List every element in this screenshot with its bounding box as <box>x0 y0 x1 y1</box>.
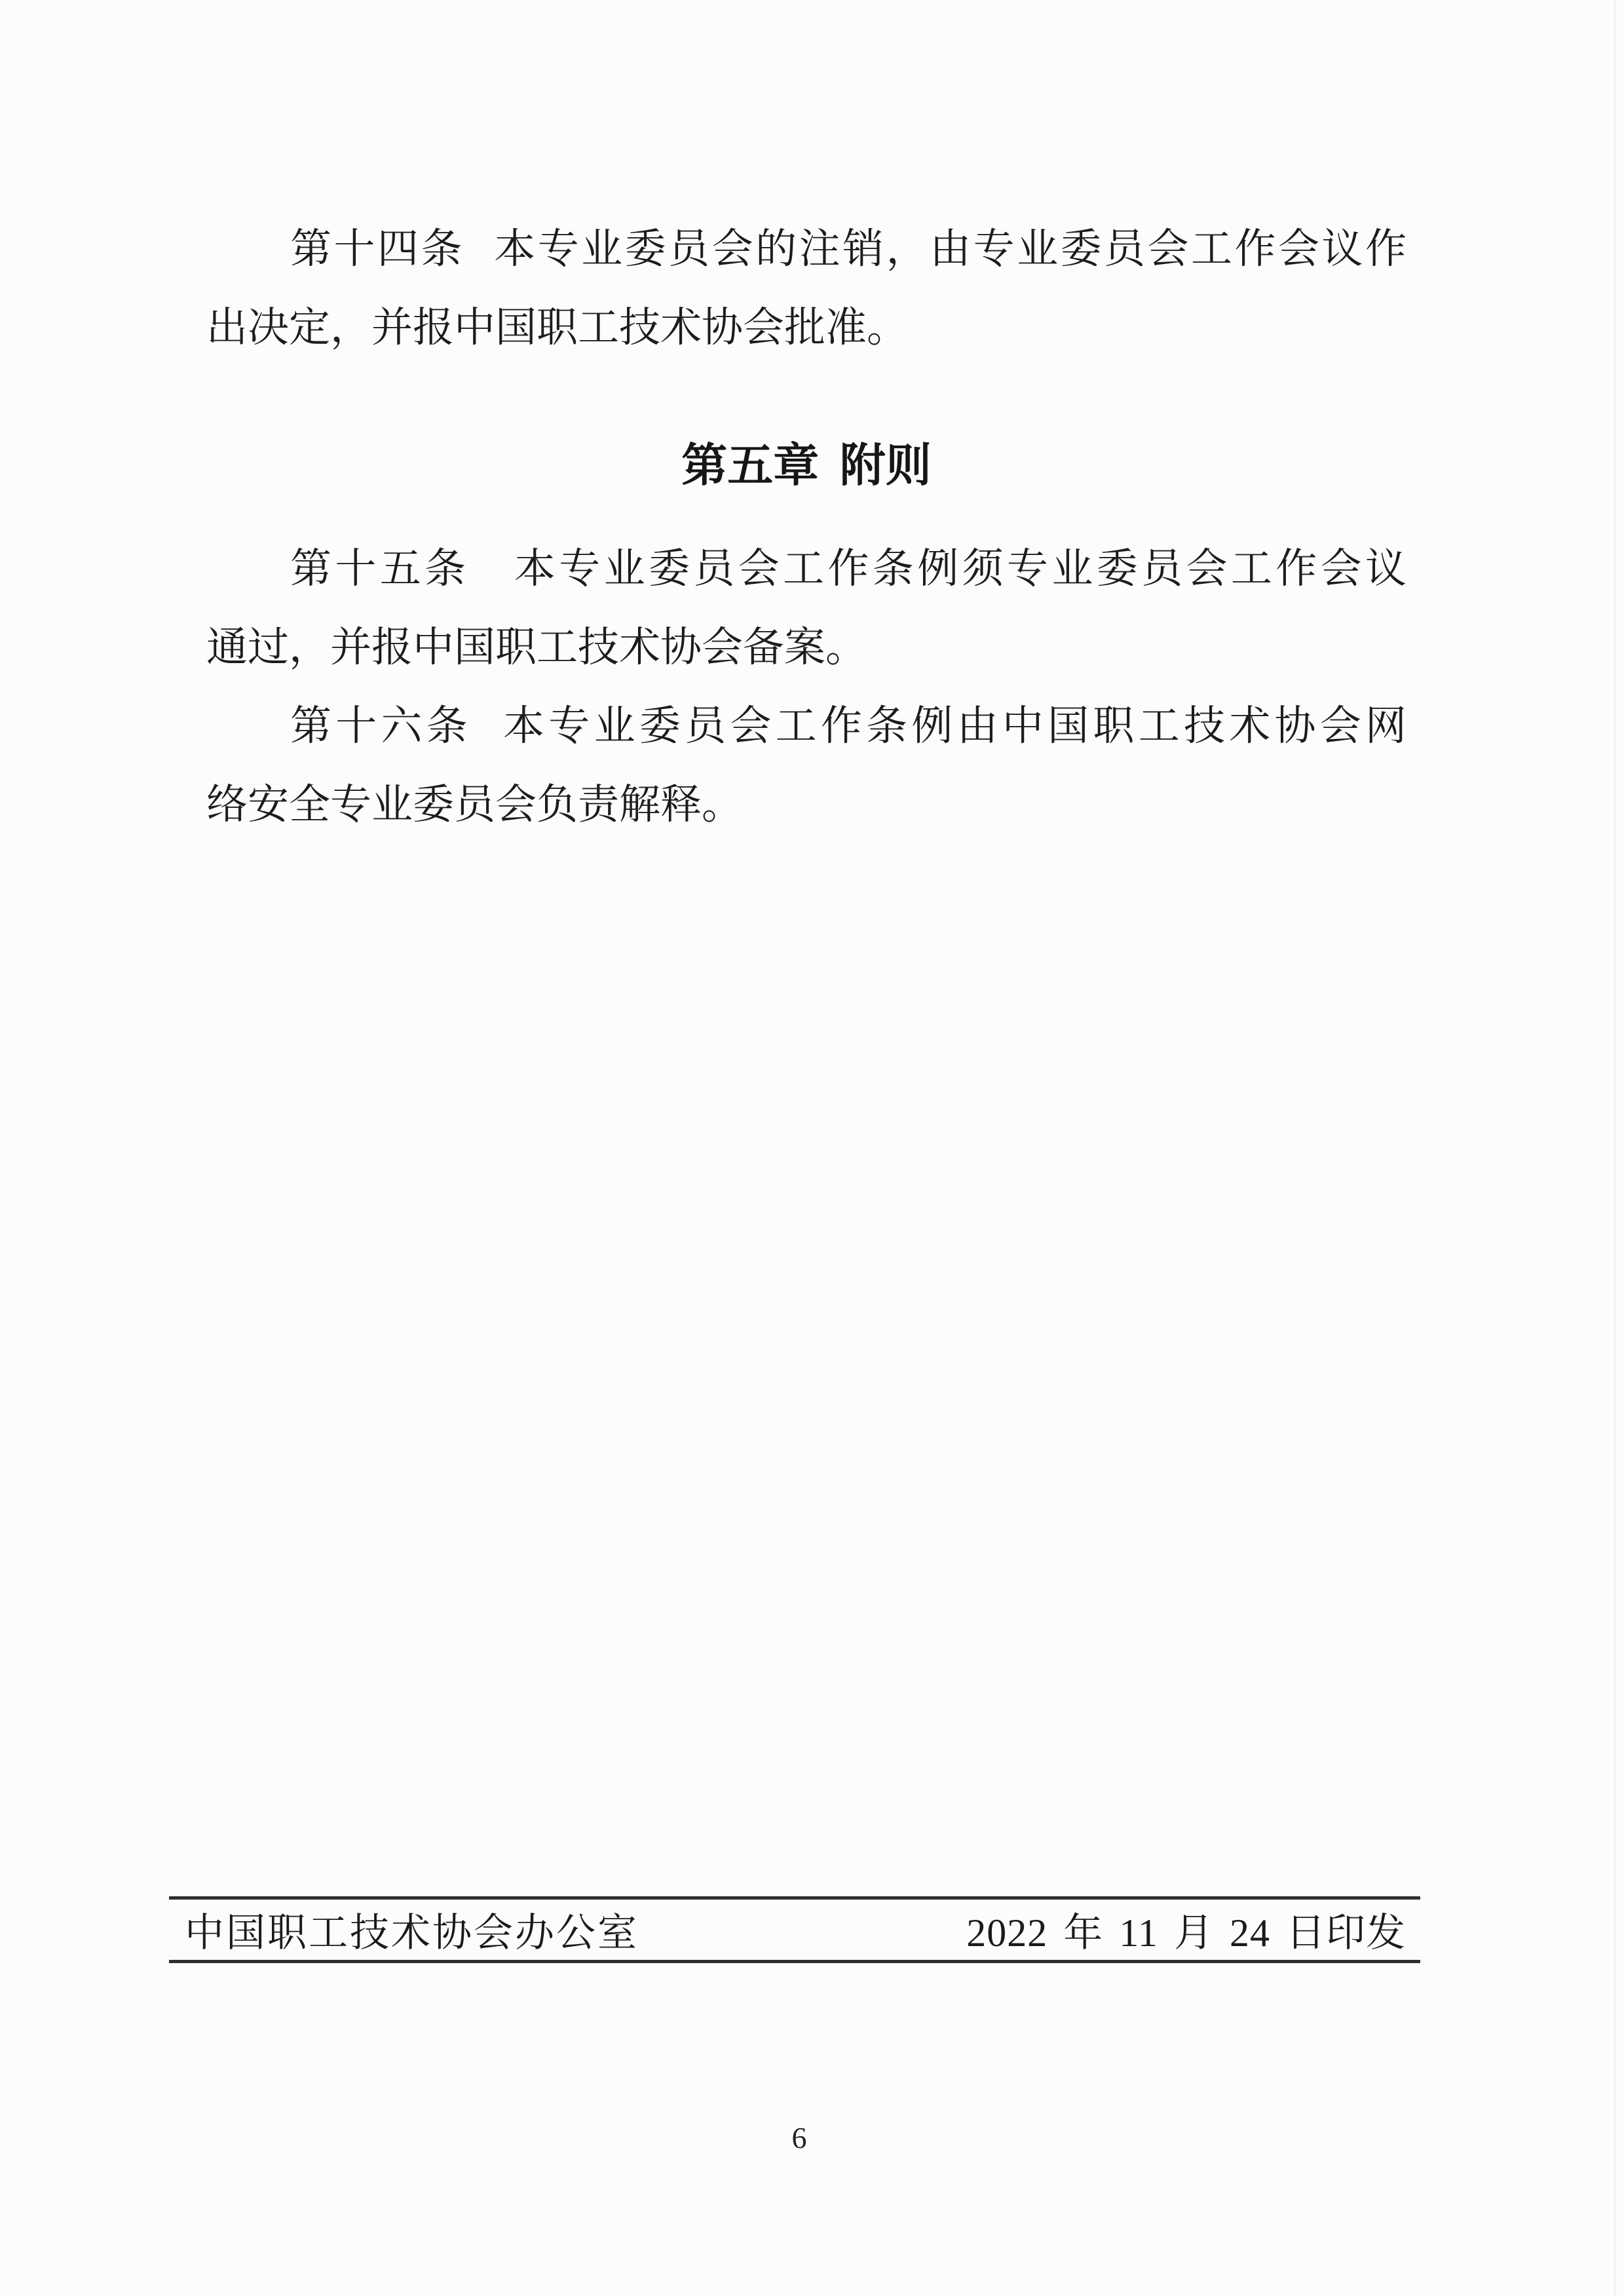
footer-issuer: 中国职工技术协会办公室 <box>185 1902 639 1958</box>
text-line: 第十六条 本专业委员会工作条例由中国职工技术协会网 <box>206 687 1407 765</box>
footer-print-date: 2022 年 11 月 24 日印发 <box>966 1902 1406 1958</box>
text-line: 第十五条 本专业委员会工作条例须专业委员会工作会议 <box>206 529 1407 608</box>
page-footer: 中国职工技术协会办公室 2022 年 11 月 24 日印发 <box>169 1896 1420 1963</box>
chapter-5-heading: 第五章 附则 <box>206 426 1407 505</box>
document-page: 第十四条 本专业委员会的注销，由专业委员会工作会议作 出决定，并报中国职工技术协… <box>0 0 1624 2296</box>
paragraph-article-16: 第十六条 本专业委员会工作条例由中国职工技术协会网 络安全专业委员会负责解释。 <box>206 687 1407 844</box>
text-line: 络安全专业委员会负责解释。 <box>206 765 1407 844</box>
footer-rule-bottom <box>169 1960 1420 1963</box>
text-line: 出决定，并报中国职工技术协会批准。 <box>206 288 1407 367</box>
paragraph-article-14: 第十四条 本专业委员会的注销，由专业委员会工作会议作 出决定，并报中国职工技术协… <box>206 210 1407 367</box>
page-number: 6 <box>0 2120 1598 2155</box>
text-line: 第十四条 本专业委员会的注销，由专业委员会工作会议作 <box>206 210 1407 288</box>
footer-row: 中国职工技术协会办公室 2022 年 11 月 24 日印发 <box>169 1900 1420 1960</box>
body-text: 第十四条 本专业委员会的注销，由专业委员会工作会议作 出决定，并报中国职工技术协… <box>206 210 1407 844</box>
scan-artifact-line <box>1614 0 1615 2296</box>
text-line: 通过，并报中国职工技术协会备案。 <box>206 608 1407 687</box>
paragraph-article-15: 第十五条 本专业委员会工作条例须专业委员会工作会议 通过，并报中国职工技术协会备… <box>206 529 1407 687</box>
